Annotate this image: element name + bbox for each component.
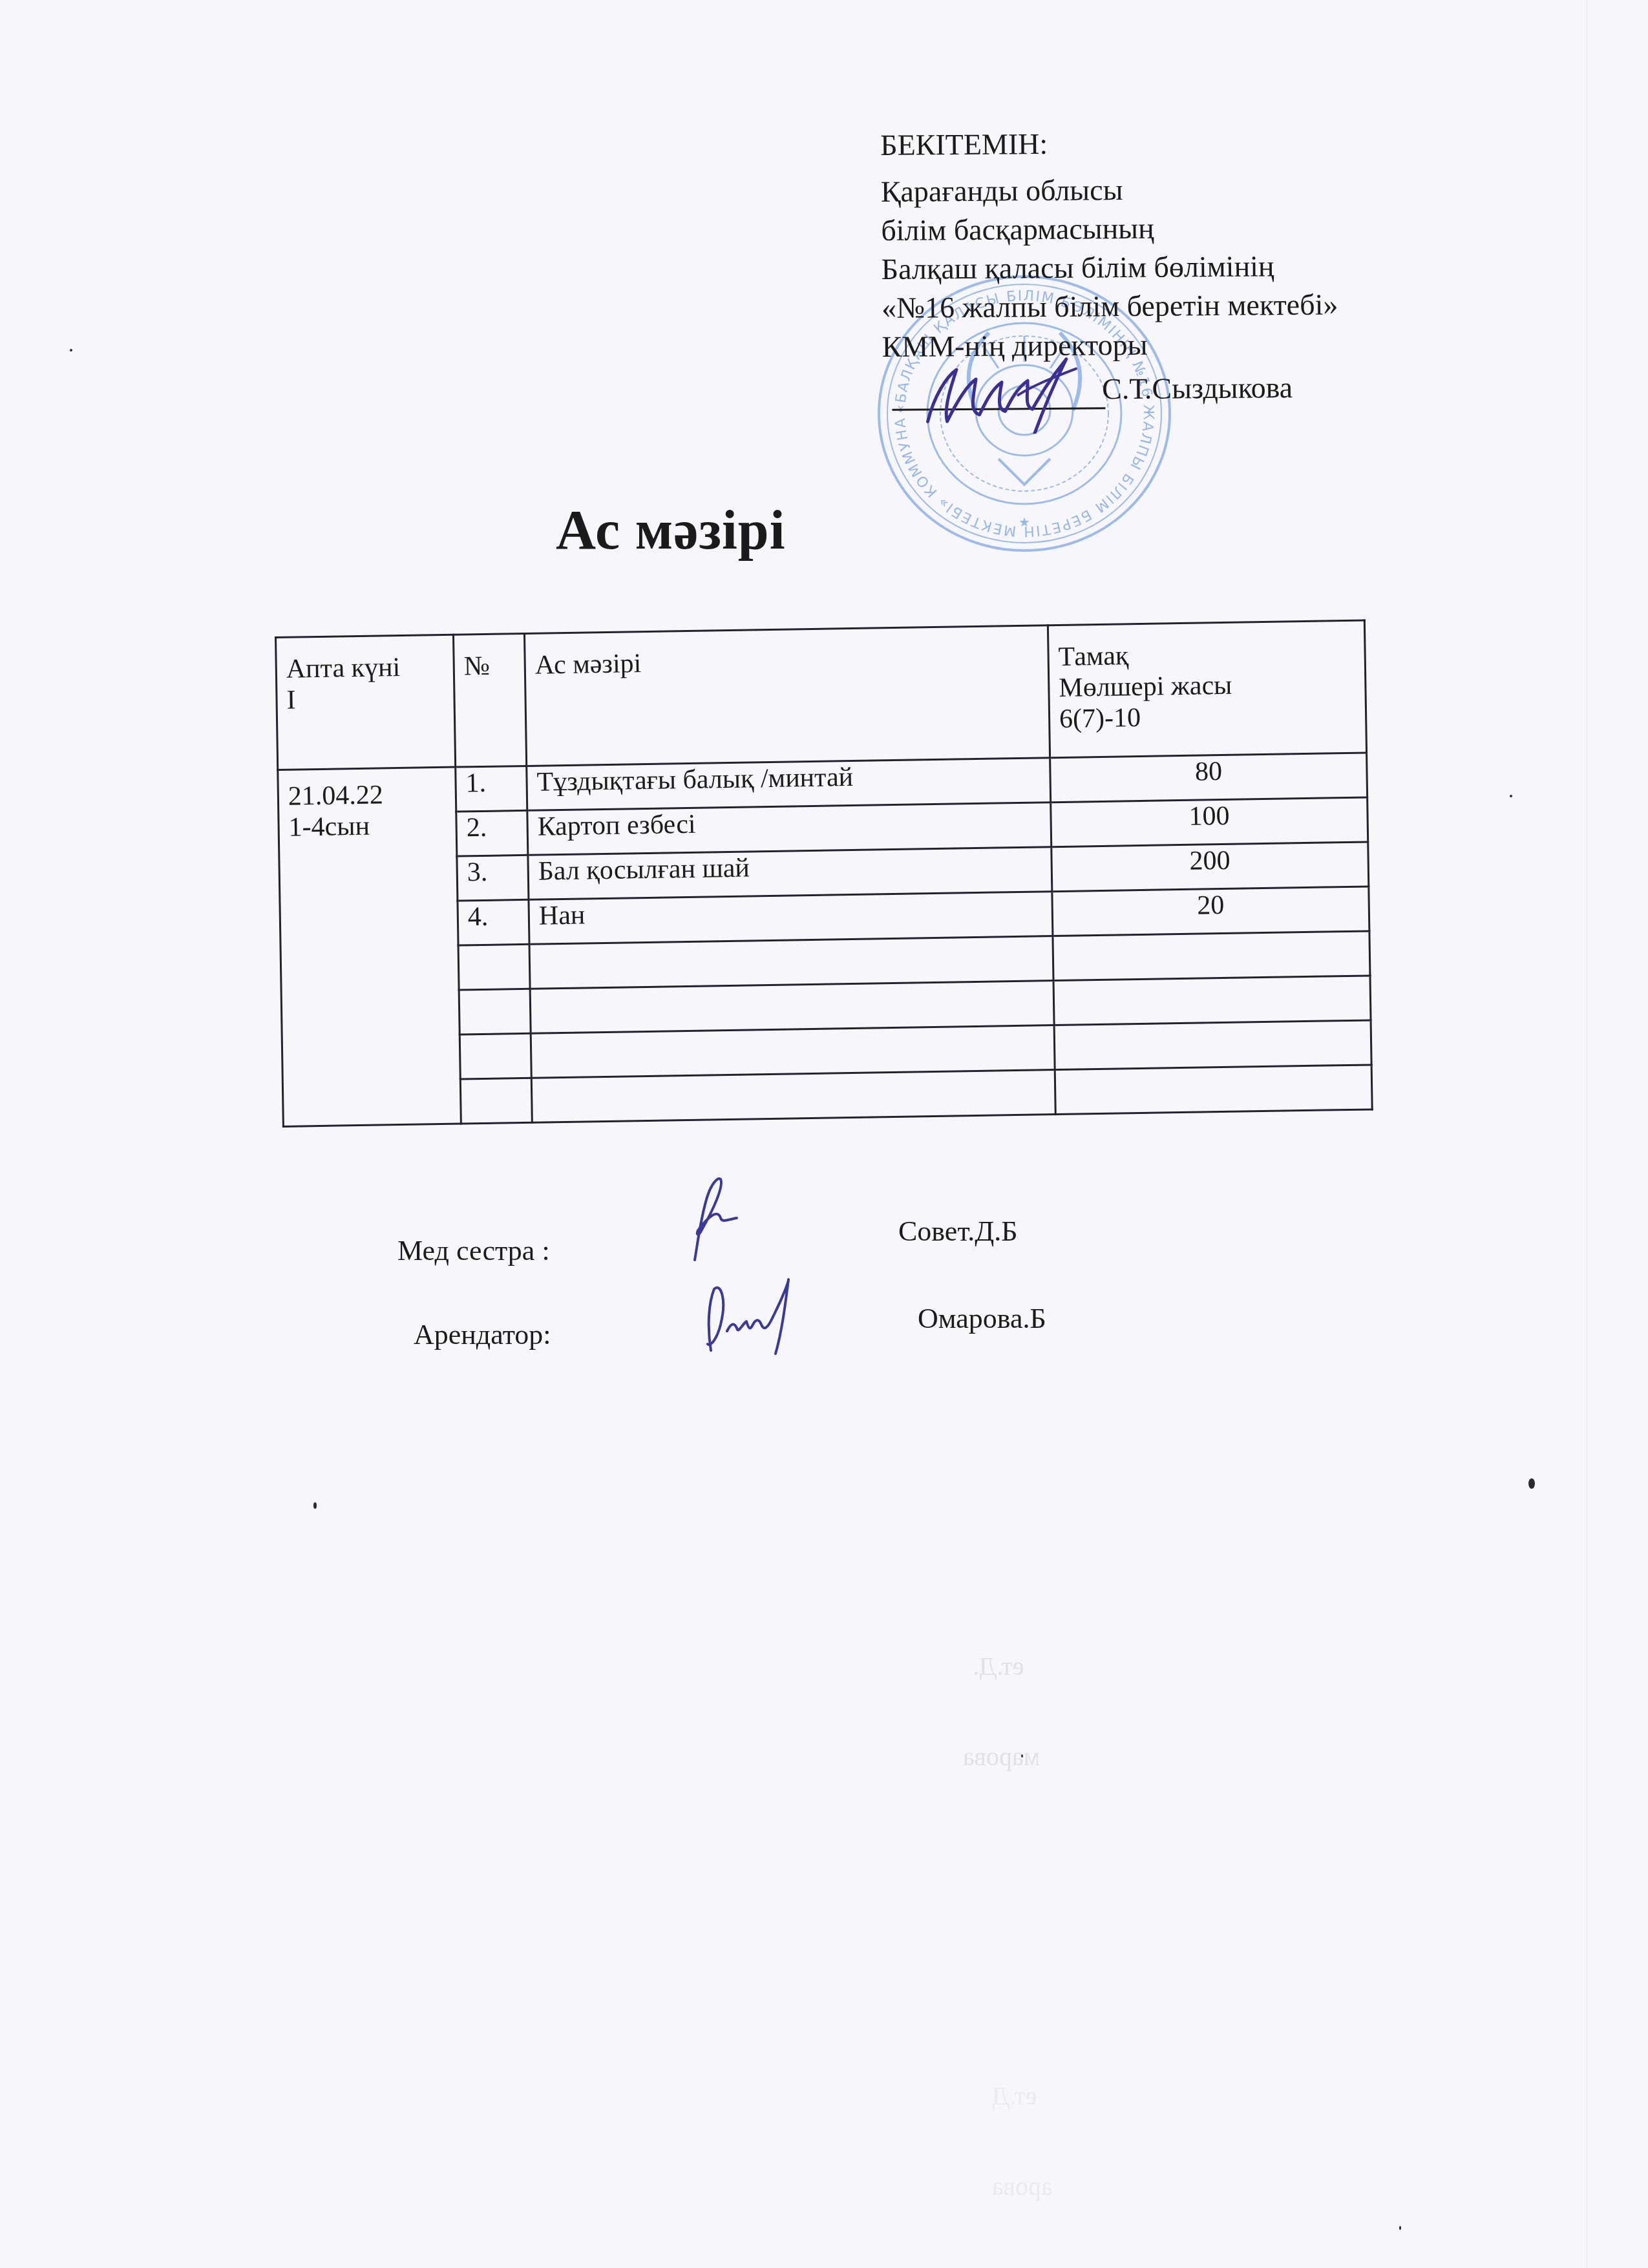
menu-date: 21.04.22: [288, 779, 447, 812]
dish-quantity: 100: [1051, 797, 1368, 847]
scan-ghost-text: ет.Д: [992, 2081, 1037, 2111]
approval-line: Қарағанды облысы: [881, 168, 1437, 211]
row-number: [460, 1033, 531, 1079]
tenant-label: Арендатор:: [414, 1318, 551, 1351]
scan-speck: [1510, 795, 1512, 797]
dish-name: [531, 1025, 1055, 1078]
row-number: 2.: [456, 810, 528, 856]
approval-line: «№16 жалпы білім беретін мектебі»: [882, 284, 1437, 328]
scan-page-edge: [1587, 0, 1587, 2268]
menu-grades: 1-4сын: [288, 810, 447, 843]
scan-ghost-text: ет.Д.: [973, 1651, 1024, 1681]
tenant-signature-icon: [692, 1273, 808, 1357]
scan-speck: [313, 1502, 317, 1509]
dish-name: [530, 981, 1054, 1034]
nurse-name: Совет.Д.Б: [898, 1215, 1018, 1248]
dish-quantity: [1053, 976, 1371, 1025]
menu-table-container: Апта күні I № Ас мәзірі Тамақ Мөлшері жа…: [275, 620, 1371, 1128]
header-number: №: [453, 633, 526, 767]
dish-quantity: [1054, 1020, 1371, 1070]
dish-name: Картоп езбесі: [527, 803, 1051, 856]
dish-quantity: 80: [1050, 753, 1368, 803]
dish-quantity: [1055, 1065, 1372, 1115]
tenant-name: Омарова.Б: [918, 1302, 1046, 1335]
row-number: 3.: [457, 855, 529, 901]
director-signature-icon: [921, 349, 1096, 434]
dish-name: [529, 936, 1053, 989]
scan-ghost-text: марова: [963, 1741, 1040, 1772]
row-number: 4.: [458, 899, 529, 945]
scan-ghost-text: арова: [992, 2171, 1053, 2201]
day-cell: 21.04.22 1-4сын: [278, 767, 461, 1126]
nurse-signature-icon: [682, 1170, 753, 1266]
dish-name: Нан: [529, 892, 1053, 945]
menu-table: Апта күні I № Ас мәзірі Тамақ Мөлшері жа…: [275, 619, 1373, 1127]
row-number: [459, 989, 531, 1034]
row-number: [460, 1078, 532, 1124]
dish-name: [531, 1070, 1055, 1123]
page-title: Ас мәзірі: [556, 498, 786, 562]
row-number: [458, 944, 530, 990]
scan-speck: [1399, 2226, 1401, 2230]
dish-quantity: 200: [1051, 842, 1369, 892]
header-quantity: Тамақ Мөлшері жасы 6(7)-10: [1048, 620, 1366, 758]
table-header-row: Апта күні I № Ас мәзірі Тамақ Мөлшері жа…: [276, 620, 1367, 770]
nurse-label: Мед сестра :: [397, 1234, 550, 1267]
svg-text:★: ★: [1019, 514, 1030, 530]
director-sign-row: С.Т.Сыздыкова: [882, 366, 1438, 413]
approval-block: БЕКІТЕМІН: Қарағанды облысы білім басқар…: [880, 121, 1438, 413]
dish-quantity: 20: [1052, 887, 1369, 936]
approval-heading: БЕКІТЕМІН:: [880, 121, 1436, 165]
dish-quantity: [1053, 931, 1370, 981]
dish-name: Бал қосылған шай: [528, 847, 1052, 900]
header-dish: Ас мәзірі: [524, 625, 1050, 766]
scan-speck: [70, 349, 72, 352]
approval-line: білім басқармасының: [881, 207, 1437, 250]
approval-line: Балқаш қаласы білім бөлімінің: [882, 246, 1437, 289]
dish-name: Тұздықтағы балық /минтай: [527, 758, 1051, 811]
director-name: С.Т.Сыздыкова: [1102, 368, 1293, 408]
row-number: 1.: [456, 766, 527, 812]
scan-speck: [1528, 1478, 1535, 1489]
header-day: Апта күні I: [276, 635, 456, 770]
